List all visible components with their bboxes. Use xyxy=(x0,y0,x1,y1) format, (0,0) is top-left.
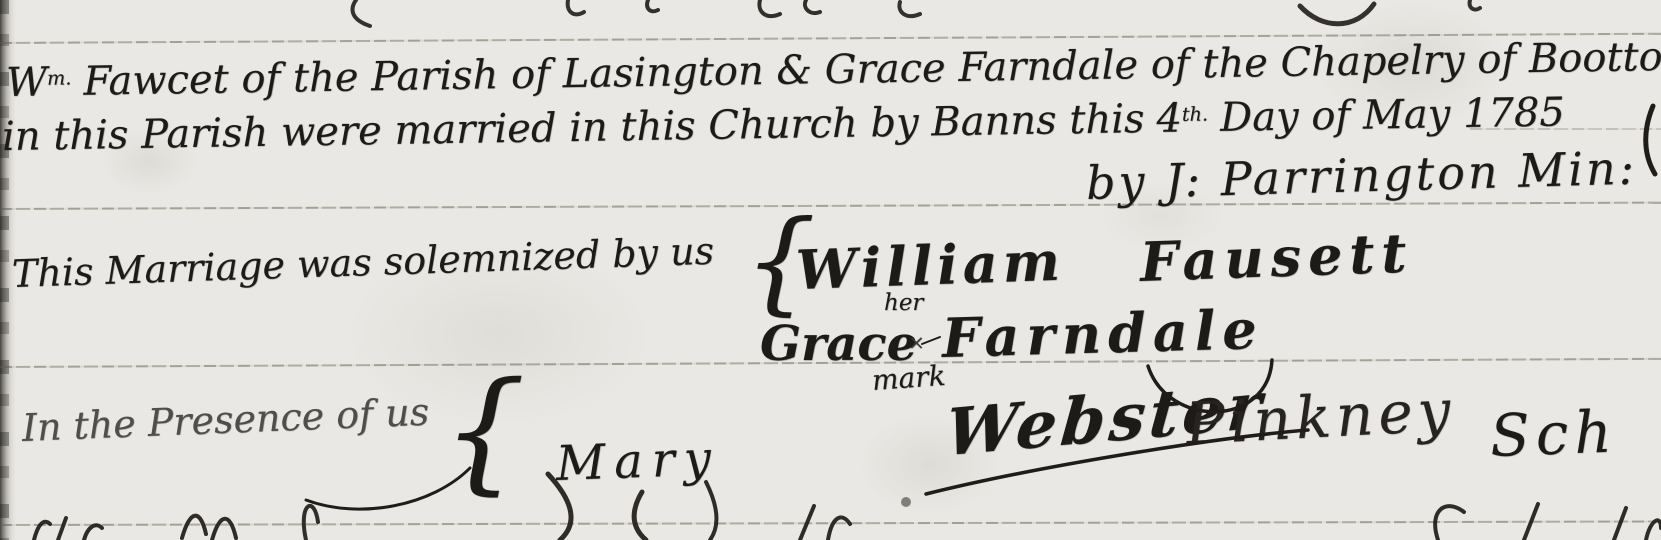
minister-line: by J: Parrington Min: xyxy=(1085,141,1637,210)
register-page: Wm.Fawcet of the Parish of Lasington & G… xyxy=(0,0,1661,540)
groom-signature-surname: Fausett xyxy=(1139,220,1414,293)
bride-signature-surname: Farndale xyxy=(941,297,1264,370)
witness-signature-first-name: Mary xyxy=(555,430,721,492)
marriage-day-superscript: th. xyxy=(1182,103,1209,126)
solemnized-statement: This Marriage was solemnized by us xyxy=(11,229,714,296)
cut-off-strokes-top xyxy=(353,0,1480,26)
groom-abbrev-initial: W xyxy=(6,59,48,106)
groom-abbrev-superscript: m. xyxy=(47,66,72,89)
ruled-line xyxy=(0,521,1661,526)
right-edge-pen-mark xyxy=(1646,106,1655,174)
witness-signature-cutoff: Sch xyxy=(1489,398,1619,470)
bride-mark-her-label: her xyxy=(884,290,923,316)
cut-off-strokes-bottom xyxy=(34,474,1661,540)
witnesses-brace: { xyxy=(442,362,526,501)
ink-blot xyxy=(901,497,911,507)
witness-signature-second: Pinkney xyxy=(1184,376,1457,458)
presence-statement: In the Presence of us xyxy=(21,390,430,450)
bride-mark-symbol: × xyxy=(908,330,925,354)
marriage-date-text: Day of May 1785 xyxy=(1220,89,1565,140)
bride-mark-word-label: mark xyxy=(871,359,947,397)
marriage-day-number: 4 xyxy=(1156,95,1182,141)
ruled-line xyxy=(0,202,1661,210)
register-line-2-text: in this Parish were married in this Chur… xyxy=(2,96,1145,160)
groom-signature-first-name: William xyxy=(795,229,1066,302)
